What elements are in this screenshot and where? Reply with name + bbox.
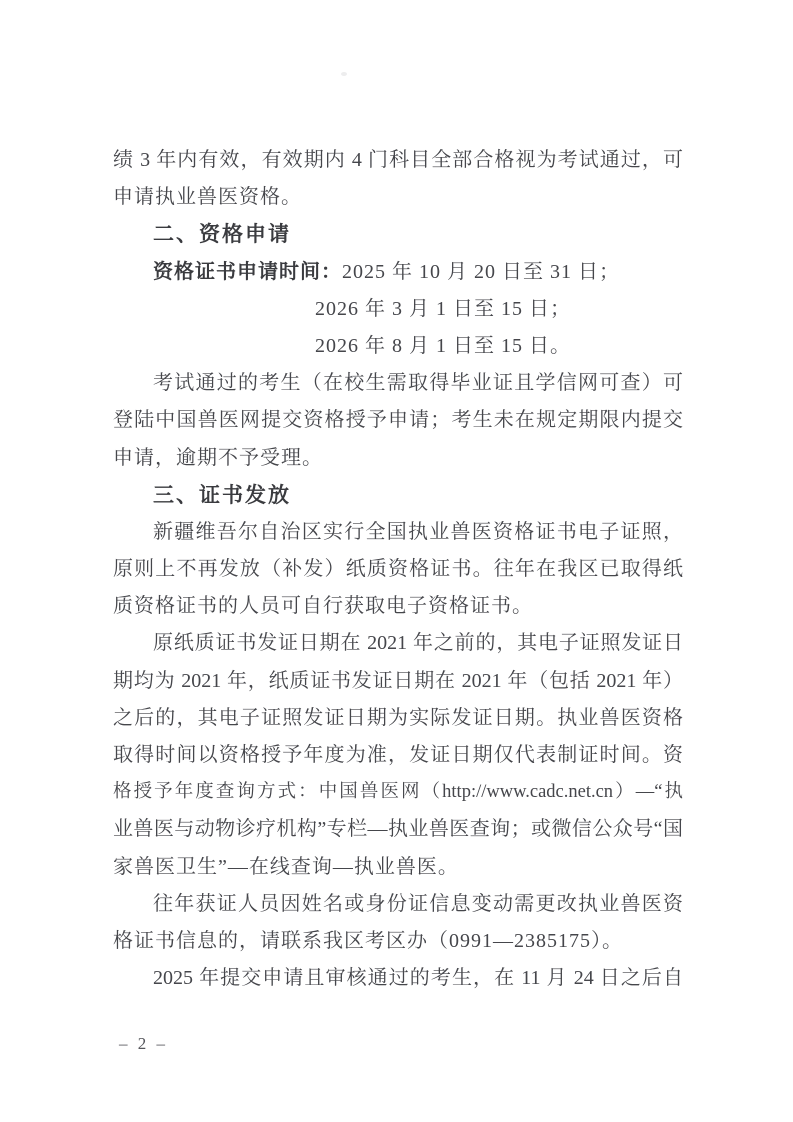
body-line: 业兽医与动物诊疗机构”专栏—执业兽医查询；或微信公众号“国 — [113, 811, 683, 848]
body-line: 原则上不再发放（补发）纸质资格证书。往年在我区已取得纸 — [113, 551, 683, 588]
application-window-2026-march: 2026 年 3 月 1 日至 15 日； — [113, 291, 683, 328]
section-heading-certificate: 三、证书发放 — [113, 477, 683, 514]
page-number: – 2 – — [119, 1031, 168, 1057]
application-time-line: 资格证书申请时间：2025 年 10 月 20 日至 31 日； — [113, 254, 683, 291]
body-line: 原纸质证书发证日期在 2021 年之前的，其电子证照发证日 — [113, 625, 683, 662]
document-page: 绩 3 年内有效，有效期内 4 门科目全部合格视为考试通过，可 申请执业兽医资格… — [0, 0, 793, 1122]
body-line: 家兽医卫生”—在线查询—执业兽医。 — [113, 849, 683, 886]
section-heading-qualification: 二、资格申请 — [113, 216, 683, 253]
body-line-continuation: 绩 3 年内有效，有效期内 4 门科目全部合格视为考试通过，可 — [113, 142, 683, 179]
body-line-contact-phone: 格证书信息的，请联系我区考区办（0991—2385175）。 — [113, 923, 683, 960]
body-line: 2025 年提交申请且审核通过的考生，在 11 月 24 日之后自 — [113, 960, 683, 997]
body-line: 取得时间以资格授予年度为准，发证日期仅代表制证时间。资 — [113, 737, 683, 774]
body-line: 质资格证书的人员可自行获取电子资格证书。 — [113, 588, 683, 625]
body-line: 期均为 2021 年，纸质证书发证日期在 2021 年（包括 2021 年） — [113, 663, 683, 700]
body-line: 申请执业兽医资格。 — [113, 179, 683, 216]
body-line: 之后的，其电子证照发证日期为实际发证日期。执业兽医资格 — [113, 700, 683, 737]
body-line: 往年获证人员因姓名或身份证信息变动需更改执业兽医资 — [113, 886, 683, 923]
application-time-label: 资格证书申请时间： — [153, 261, 342, 283]
body-line-veterinary-website-url: 格授予年度查询方式：中国兽医网（http://www.cadc.net.cn）—… — [113, 774, 683, 811]
body-line: 考试通过的考生（在校生需取得毕业证且学信网可查）可 — [113, 365, 683, 402]
scan-speck-artifact — [341, 72, 347, 76]
document-body: 绩 3 年内有效，有效期内 4 门科目全部合格视为考试通过，可 申请执业兽医资格… — [113, 142, 683, 997]
body-line: 登陆中国兽医网提交资格授予申请；考生未在规定期限内提交 — [113, 402, 683, 439]
application-window-2026-august: 2026 年 8 月 1 日至 15 日。 — [113, 328, 683, 365]
application-window-2025: 2025 年 10 月 20 日至 31 日； — [342, 261, 620, 283]
body-line: 新疆维吾尔自治区实行全国执业兽医资格证书电子证照， — [113, 514, 683, 551]
body-line: 申请，逾期不予受理。 — [113, 440, 683, 477]
